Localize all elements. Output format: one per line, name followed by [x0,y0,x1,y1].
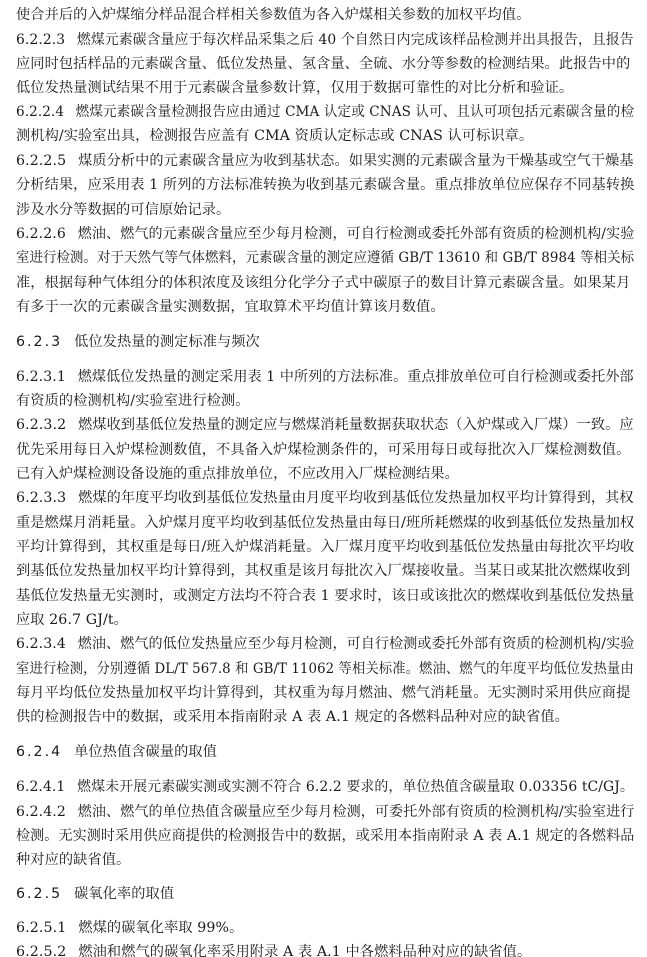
section-number: 6.2.4 [16,742,62,762]
clause-first-line: 6.2.3.2燃煤收到基低位发热量的测定应与燃煤消耗量数据获取状态（入炉煤或入厂… [16,415,634,435]
line-text: 燃油、燃气的低位发热量应至少每月检测，可自行检测或委托外部有资质的检测机构/实验 [78,636,635,652]
clause-number: 6.2.3.3 [16,488,66,508]
line-text: 燃煤的年度平均收到基低位发热量由月度平均收到基低位发热量加权平均计算得到，其权 [78,490,633,506]
line-text: 重是燃煤月消耗量。入炉煤月度平均收到基低位发热量由每日/班所耗燃煤的收到基低位发… [16,515,634,531]
line-text: 燃油、燃气的单位热值含碳量应至少每月检测，可委托外部有资质的检测机构/实验室进行 [78,804,635,820]
line-text: 应同时包括样品的元素碳含量、低位发热量、氢含量、全硫、水分等参数的检测结果。此报… [16,56,630,72]
clause-number: 6.2.2.5 [16,151,66,171]
text-line: 种对应的缺省值。 [16,850,130,870]
text-line: 有资质的检测机构/实验室进行检测。 [16,391,249,411]
line-text: 基低位发热量无实测时，或测定方法均不符合表 1 要求时，该日或该批次的燃煤收到基… [16,588,634,604]
section-heading: 6.2.4单位热值含碳量的取值 [16,742,217,762]
text-line: 优先采用每日入炉煤检测数值，不具备入炉煤检测条件的，可采用每日或每批次入厂煤检测… [16,440,630,460]
text-line: 应取 26.7 GJ/t。 [16,610,128,630]
clause-first-line: 6.2.3.3燃煤的年度平均收到基低位发热量由月度平均收到基低位发热量加权平均计… [16,488,634,508]
text-line: 应同时包括样品的元素碳含量、低位发热量、氢含量、全硫、水分等参数的检测结果。此报… [16,54,630,74]
text-line: 室进行检测，分别遵循 DL/T 567.8 和 GB/T 11062 等相关标准… [16,659,634,679]
clause-first-line: 6.2.2.6燃油、燃气的元素碳含量应至少每月检测，可自行检测或委托外部有资质的… [16,224,634,244]
line-text: 供的检测报告中的数据，或采用本指南附录 A 表 A.1 规定的各燃料品种对应的缺… [16,709,569,725]
line-text: 平均计算得到，其权重是每日/班入炉煤消耗量。入厂煤月度平均收到基低位发热量由每批… [16,539,634,555]
text-line: 分析结果，应采用表 1 所列的方法标准转换为收到基元素碳含量。重点排放单位应保存… [16,175,634,195]
line-text: 燃煤低位发热量的测定采用表 1 中所列的方法标准。重点排放单位可自行检测或委托外… [78,369,634,385]
line-text: 燃煤的碳氧化率取 99%。 [78,920,243,936]
section-title: 碳氧化率的取值 [74,886,174,902]
clause-number: 6.2.4.1 [16,777,65,797]
section-number: 6.2.3 [16,332,62,352]
line-text: 有多于一次的元素碳含量实测数据，宜取算术平均值计算该月数值。 [16,299,445,315]
clause-first-line: 6.2.4.2燃油、燃气的单位热值含碳量应至少每月检测，可委托外部有资质的检测机… [16,802,634,822]
line-text: 燃煤未开展元素碳实测或实测不符合 6.2.2 要求的，单位热值含碳量取 0.03… [77,779,634,795]
clause-number: 6.2.3.2 [16,415,66,435]
text-line: 基低位发热量无实测时，或测定方法均不符合表 1 要求时，该日或该批次的燃煤收到基… [16,586,634,606]
text-line: 准，根据每种气体组分的体积浓度及该组分化学分子式中碳原子的数目计算元素碳含量。如… [16,273,630,293]
clause-number: 6.2.2.4 [16,102,64,122]
section-heading: 6.2.3低位发热量的测定标准与频次 [16,332,260,352]
line-text: 分析结果，应采用表 1 所列的方法标准转换为收到基元素碳含量。重点排放单位应保存… [16,177,634,193]
line-text: 室进行检测。对于天然气等气体燃料，元素碳含量的测定应遵循 GB/T 13610 … [16,250,634,266]
text-line: 平均计算得到，其权重是每日/班入炉煤消耗量。入厂煤月度平均收到基低位发热量由每批… [16,537,634,557]
text-line: 已有入炉煤检测设备设施的重点排放单位，不应改用入厂煤检测结果。 [16,464,459,484]
text-line: 使合并后的入炉煤缩分样品混合样相关参数值为各入炉煤相关参数的加权平均值。 [16,5,530,25]
clause-first-line: 6.2.2.5煤质分析中的元素碳含量应为收到基状态。如果实测的元素碳含量为干燥基… [16,151,634,171]
clause-first-line: 6.2.3.4燃油、燃气的低位发热量应至少每月检测，可自行检测或委托外部有资质的… [16,634,634,654]
line-text: 低位发热量测试结果不用于元素碳含量参数计算，仅用于数据可靠性的对比分析和验证。 [16,80,573,96]
line-text: 应取 26.7 GJ/t。 [16,612,128,628]
clause-number: 6.2.2.6 [16,224,66,244]
line-text: 室进行检测，分别遵循 DL/T 567.8 和 GB/T 11062 等相关标准… [16,661,634,677]
text-line: 每月平均低位发热量加权平均计算得到，其权重为每月燃油、燃气消耗量。无实测时采用供… [16,683,630,703]
text-line: 检测。无实测时采用供应商提供的检测报告中的数据，或采用本指南附录 A 表 A.1… [16,826,634,846]
line-text: 燃油和燃气的碳氧化率采用附录 A 表 A.1 中各燃料品种对应的缺省值。 [78,944,531,957]
text-line: 供的检测报告中的数据，或采用本指南附录 A 表 A.1 规定的各燃料品种对应的缺… [16,707,569,727]
line-text: 测机构/实验室出具，检测报告应盖有 CMA 资质认定标志或 CNAS 认可标识章… [16,128,533,144]
clause-first-line: 6.2.4.1燃煤未开展元素碳实测或实测不符合 6.2.2 要求的，单位热值含碳… [16,777,634,797]
section-title: 单位热值含碳量的取值 [74,744,217,760]
text-line: 涉及水分等数据的可信原始记录。 [16,200,230,220]
section-number: 6.2.5 [16,884,62,904]
text-line: 测机构/实验室出具，检测报告应盖有 CMA 资质认定标志或 CNAS 认可标识章… [16,126,533,146]
clause-number: 6.2.5.1 [16,918,66,938]
clause-number: 6.2.2.3 [16,30,65,50]
text-line: 室进行检测。对于天然气等气体燃料，元素碳含量的测定应遵循 GB/T 13610 … [16,248,634,268]
section-title: 低位发热量的测定标准与频次 [74,334,260,350]
clause-first-line: 6.2.5.2燃油和燃气的碳氧化率采用附录 A 表 A.1 中各燃料品种对应的缺… [16,942,531,957]
text-line: 到基低位发热量加权平均计算得到，其权重是该月每批次入厂煤接收量。当某日或某批次燃… [16,561,630,581]
text-line: 有多于一次的元素碳含量实测数据，宜取算术平均值计算该月数值。 [16,297,445,317]
clause-number: 6.2.3.4 [16,634,66,654]
line-text: 种对应的缺省值。 [16,852,130,868]
text-line: 低位发热量测试结果不用于元素碳含量参数计算，仅用于数据可靠性的对比分析和验证。 [16,78,573,98]
clause-first-line: 6.2.5.1燃煤的碳氧化率取 99%。 [16,918,243,938]
line-text: 检测。无实测时采用供应商提供的检测报告中的数据，或采用本指南附录 A 表 A.1… [16,828,634,844]
line-text: 有资质的检测机构/实验室进行检测。 [16,393,249,409]
clause-first-line: 6.2.2.4燃煤元素碳含量检测报告应由通过 CMA 认定或 CNAS 认可、且… [16,102,634,122]
line-text: 已有入炉煤检测设备设施的重点排放单位，不应改用入厂煤检测结果。 [16,466,459,482]
line-text: 燃煤收到基低位发热量的测定应与燃煤消耗量数据获取状态（入炉煤或入厂煤）一致。应 [78,417,633,433]
line-text: 优先采用每日入炉煤检测数值，不具备入炉煤检测条件的，可采用每日或每批次入厂煤检测… [16,442,630,458]
line-text: 每月平均低位发热量加权平均计算得到，其权重为每月燃油、燃气消耗量。无实测时采用供… [16,685,630,701]
line-text: 到基低位发热量加权平均计算得到，其权重是该月每批次入厂煤接收量。当某日或某批次燃… [16,563,630,579]
line-text: 煤质分析中的元素碳含量应为收到基状态。如果实测的元素碳含量为干燥基或空气干燥基 [78,153,633,169]
clause-number: 6.2.4.2 [16,802,66,822]
clause-first-line: 6.2.3.1燃煤低位发热量的测定采用表 1 中所列的方法标准。重点排放单位可自… [16,367,634,387]
line-text: 燃煤元素碳含量检测报告应由通过 CMA 认定或 CNAS 认可、且认可项包括元素… [76,104,634,120]
line-text: 燃煤元素碳含量应于每次样品采集之后 40 个自然日内完成该样品检测并出具报告，且… [77,32,634,48]
clause-number: 6.2.5.2 [16,942,66,957]
text-line: 重是燃煤月消耗量。入炉煤月度平均收到基低位发热量由每日/班所耗燃煤的收到基低位发… [16,513,634,533]
line-text: 使合并后的入炉煤缩分样品混合样相关参数值为各入炉煤相关参数的加权平均值。 [16,7,530,23]
line-text: 涉及水分等数据的可信原始记录。 [16,202,230,218]
line-text: 燃油、燃气的元素碳含量应至少每月检测，可自行检测或委托外部有资质的检测机构/实验 [78,226,635,242]
line-text: 准，根据每种气体组分的体积浓度及该组分化学分子式中碳原子的数目计算元素碳含量。如… [16,275,630,291]
clause-first-line: 6.2.2.3燃煤元素碳含量应于每次样品采集之后 40 个自然日内完成该样品检测… [16,30,634,50]
clause-number: 6.2.3.1 [16,367,66,387]
section-heading: 6.2.5碳氧化率的取值 [16,884,174,904]
